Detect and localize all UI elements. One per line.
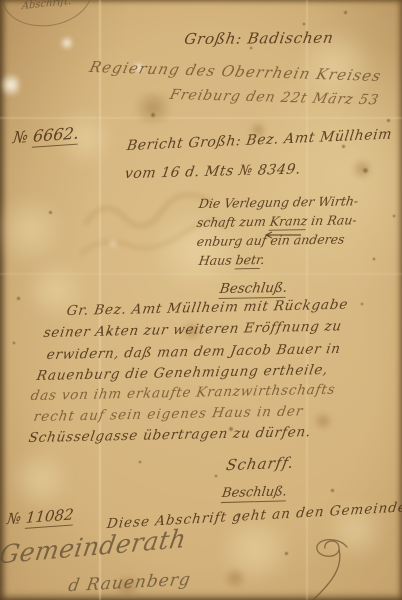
council-note-line1: Gemeinderath xyxy=(0,524,188,570)
registry-prefix: № xyxy=(12,127,34,148)
dispatch-number: № 11082 xyxy=(6,505,74,528)
foxing-speck xyxy=(284,551,289,556)
dispatch-value: 11082 xyxy=(25,505,75,529)
decision-body-line: erwidern, daß man dem Jacob Bauer in xyxy=(46,341,342,363)
flourish-mark xyxy=(293,533,371,600)
decision-body-line: recht auf sein eigenes Haus in der xyxy=(33,403,305,425)
registry-number: № 6662. xyxy=(12,123,80,147)
document-page: Abschrift. Großh: Badischen Regierung de… xyxy=(0,0,402,600)
foxing-speck xyxy=(360,302,364,306)
fold-crease-vertical xyxy=(99,0,101,600)
foxing-speck xyxy=(214,474,218,478)
foxing-speck xyxy=(48,210,53,215)
foxing-speck xyxy=(392,214,396,218)
foxing-speck xyxy=(138,460,142,464)
decision-body-line: Schüsselgasse übertragen zu dürfen. xyxy=(28,424,313,446)
decision-body-line: das von ihm erkaufte Kranzwirthschafts xyxy=(30,382,337,404)
glare-spot xyxy=(60,36,74,50)
header-authority-line2: Regierung des Oberrhein Kreises xyxy=(88,58,384,85)
signature: Scharff. xyxy=(225,454,296,474)
stain xyxy=(222,568,248,588)
betreff-line3: enburg auf ein anderes xyxy=(196,231,346,249)
decision-body-line: Rauenburg die Genehmigung ertheile, xyxy=(36,362,330,384)
paper-mottle xyxy=(5,450,75,510)
betreff-line2-emphasis: Kranz xyxy=(269,213,309,231)
betreff-line2-post: in Rau- xyxy=(306,212,358,228)
decision-heading: Beschluß. xyxy=(219,280,289,297)
paper-mottle xyxy=(0,195,70,265)
betreff-line4-pre: Haus xyxy=(198,252,237,268)
foxing-speck xyxy=(343,10,348,15)
header-authority-line1: Großh: Badischen xyxy=(183,29,335,48)
betreff-line2: schaft zum Kranz in Rau- xyxy=(196,212,358,230)
fold-crease-horizontal xyxy=(0,117,402,119)
subject-line2: vom 16 d. Mts № 8349. xyxy=(124,161,303,182)
foxing-speck xyxy=(12,341,16,345)
paper-mottle xyxy=(210,520,300,580)
foxing-speck xyxy=(341,144,346,149)
second-decision-heading: Beschluß. xyxy=(221,484,288,501)
glare-spot xyxy=(2,70,20,100)
foxing-speck xyxy=(330,488,335,493)
betreff-line4-emphasis: betr xyxy=(234,252,261,269)
betreff-line1: Die Verlegung der Wirth- xyxy=(198,193,359,211)
stain xyxy=(312,412,334,430)
foxing-speck xyxy=(362,167,369,174)
subject-line1: Bericht Großh: Bez. Amt Müllheim xyxy=(126,126,393,154)
betreff-line2-pre: schaft zum xyxy=(196,214,271,230)
second-decision-heading-text: Beschluß. xyxy=(221,484,288,503)
foxing-speck xyxy=(372,257,376,261)
registry-value: 6662. xyxy=(32,123,80,147)
header-dateline: Freiburg den 22t März 53 xyxy=(168,87,381,108)
council-note-line2: d Rauenberg xyxy=(67,570,193,597)
dispatch-prefix: № xyxy=(6,509,27,529)
stain xyxy=(350,158,374,180)
betreff-line4: Haus betr. xyxy=(198,252,266,268)
betreff-line4-post: . xyxy=(260,252,266,267)
decision-body-line: seiner Akten zur weiteren Eröffnung zu xyxy=(43,318,343,341)
decision-heading-text: Beschluß. xyxy=(218,280,288,299)
foxing-speck xyxy=(16,296,21,301)
